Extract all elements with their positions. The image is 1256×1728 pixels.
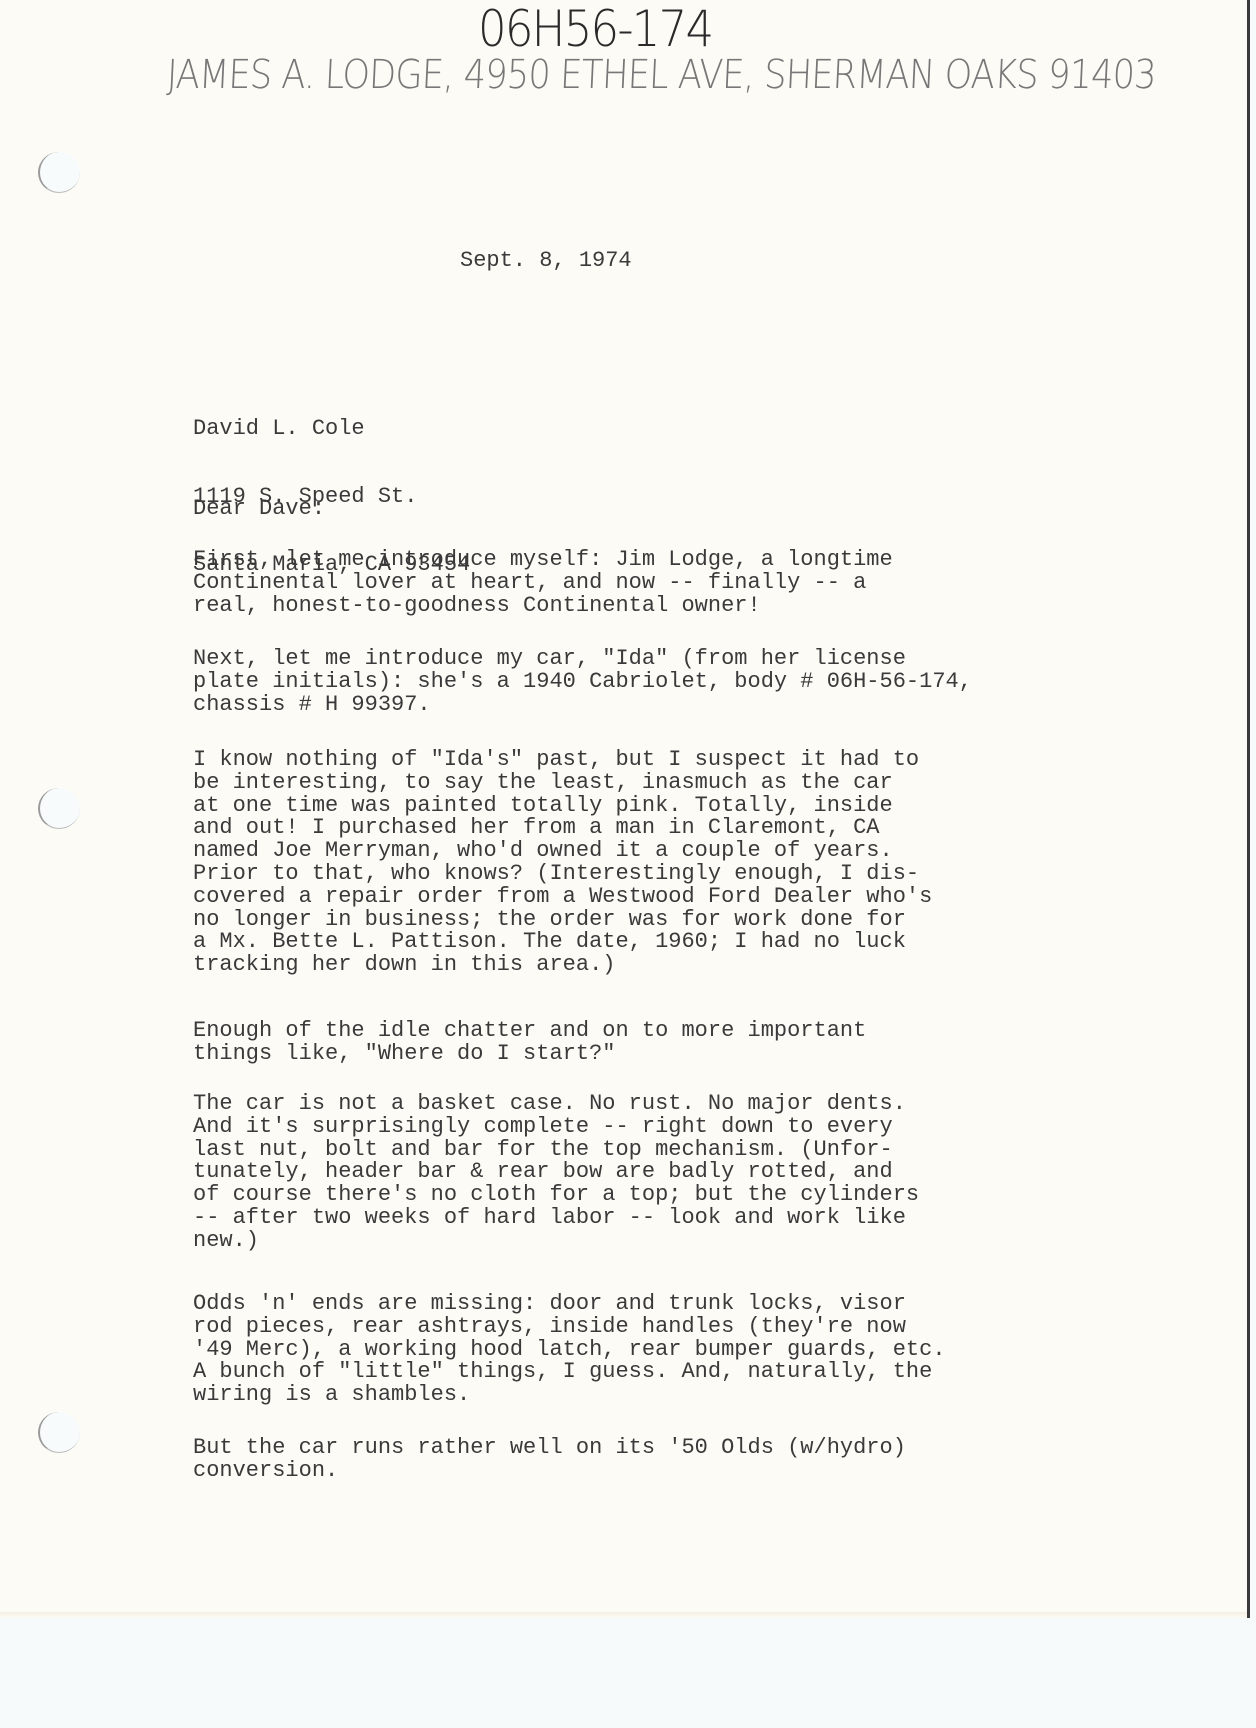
paragraph-line: Next, let me introduce my car, "Ida" (fr…: [193, 648, 972, 671]
paragraph-line: wiring is a shambles.: [193, 1384, 946, 1407]
paragraph-line: tunately, header bar & rear bow are badl…: [193, 1161, 919, 1184]
paragraph-line: First, let me introduce myself: Jim Lodg…: [193, 549, 893, 572]
paragraph-line: a Mx. Bette L. Pattison. The date, 1960;…: [193, 931, 932, 954]
letter-page: 06H56-174 James A. Lodge, 4950 Ethel Ave…: [0, 0, 1250, 1618]
paragraph-line: rod pieces, rear ashtrays, inside handle…: [193, 1316, 946, 1339]
paragraph-line: of course there's no cloth for a top; bu…: [193, 1184, 919, 1207]
paragraph-missing-parts: Odds 'n' ends are missing: door and trun…: [193, 1293, 946, 1407]
paragraph-transition: Enough of the idle chatter and on to mor…: [193, 1020, 866, 1066]
paragraph-car-introduction: Next, let me introduce my car, "Ida" (fr…: [193, 648, 972, 716]
handwritten-body-code: 06H56-174: [478, 0, 712, 58]
paragraph-line: named Joe Merryman, who'd owned it a cou…: [193, 840, 932, 863]
paragraph-line: But the car runs rather well on its '50 …: [193, 1437, 906, 1460]
paragraph-line: Prior to that, who knows? (Interestingly…: [193, 863, 932, 886]
paragraph-line: no longer in business; the order was for…: [193, 909, 932, 932]
paragraph-line: Enough of the idle chatter and on to mor…: [193, 1020, 866, 1043]
paragraph-engine: But the car runs rather well on its '50 …: [193, 1437, 906, 1483]
paragraph-line: '49 Merc), a working hood latch, rear bu…: [193, 1339, 946, 1362]
paragraph-car-condition: The car is not a basket case. No rust. N…: [193, 1093, 919, 1253]
paragraph-line: Continental lover at heart, and now -- f…: [193, 572, 893, 595]
paragraph-line: tracking her down in this area.): [193, 954, 932, 977]
punch-hole-mark: [38, 1412, 80, 1453]
paragraph-line: last nut, bolt and bar for the top mecha…: [193, 1139, 919, 1162]
recipient-name: David L. Cole: [193, 418, 470, 441]
paragraph-line: and out! I purchased her from a man in C…: [193, 817, 932, 840]
paragraph-line: conversion.: [193, 1460, 906, 1483]
paragraph-line: The car is not a basket case. No rust. N…: [193, 1093, 919, 1116]
handwritten-sender-address: James A. Lodge, 4950 Ethel Ave, Sherman …: [166, 52, 1157, 98]
paragraph-line: plate initials): she's a 1940 Cabriolet,…: [193, 671, 972, 694]
paragraph-line: covered a repair order from a Westwood F…: [193, 886, 932, 909]
paragraph-line: real, honest-to-goodness Continental own…: [193, 595, 893, 618]
paragraph-introduction: First, let me introduce myself: Jim Lodg…: [193, 549, 893, 617]
paragraph-line: new.): [193, 1230, 919, 1253]
paragraph-line: -- after two weeks of hard labor -- look…: [193, 1207, 919, 1230]
salutation: Dear Dave:: [193, 498, 325, 521]
punch-hole-mark: [38, 152, 80, 193]
paragraph-line: And it's surprisingly complete -- right …: [193, 1116, 919, 1139]
letter-date: Sept. 8, 1974: [460, 250, 632, 273]
paragraph-line: A bunch of "little" things, I guess. And…: [193, 1361, 946, 1384]
paragraph-car-history: I know nothing of "Ida's" past, but I su…: [193, 749, 932, 977]
paragraph-line: things like, "Where do I start?": [193, 1043, 866, 1066]
paragraph-line: be interesting, to say the least, inasmu…: [193, 772, 932, 795]
punch-hole-mark: [38, 788, 80, 829]
paragraph-line: Odds 'n' ends are missing: door and trun…: [193, 1293, 946, 1316]
paragraph-line: I know nothing of "Ida's" past, but I su…: [193, 749, 932, 772]
paragraph-line: chassis # H 99397.: [193, 694, 972, 717]
paragraph-line: at one time was painted totally pink. To…: [193, 795, 932, 818]
